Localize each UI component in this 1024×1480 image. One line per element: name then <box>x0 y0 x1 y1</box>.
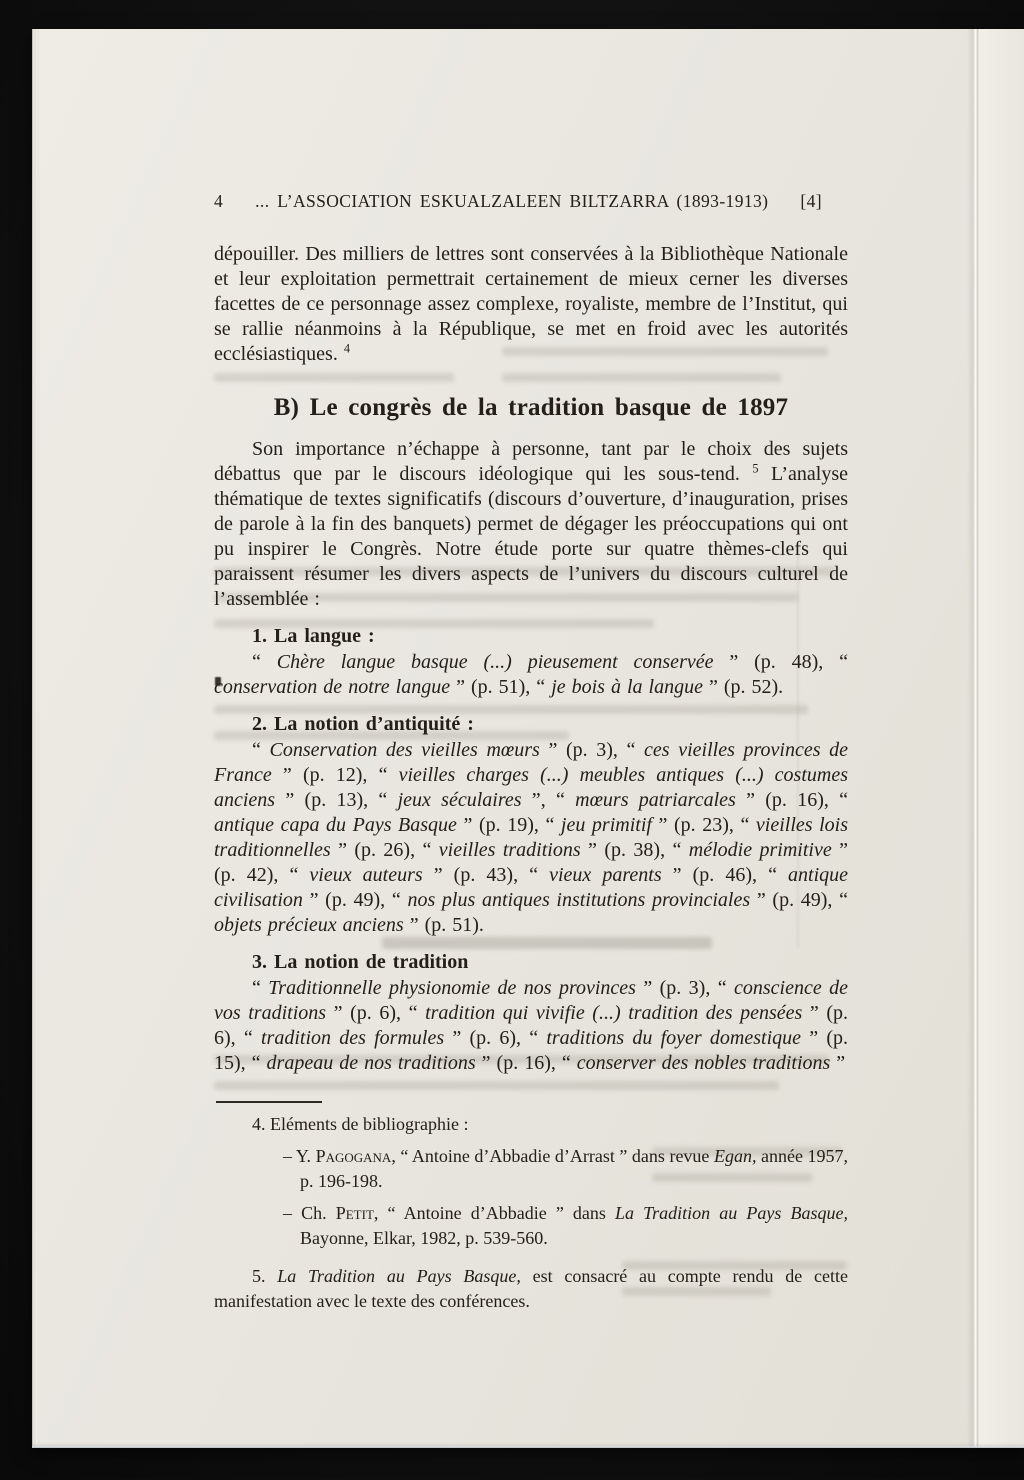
subsection-paragraph-3: “ Traditionnelle physionomie de nos prov… <box>214 976 848 1076</box>
subsection-heading-2: 2. La notion d’antiquité : <box>214 712 848 737</box>
paragraph-continuation: dépouiller. Des milliers de lettres sont… <box>214 242 848 367</box>
folio-number-left: 4 <box>214 190 223 212</box>
footnotes: 4. Eléments de bibliographie : – Y. Pago… <box>214 1101 848 1314</box>
page-crease <box>967 29 979 1448</box>
subsection-heading-3: 3. La notion de tradition <box>214 950 848 975</box>
page-header: 4 ... L’ASSOCIATION ESKUALZALEEN BILTZAR… <box>214 190 848 212</box>
subsection-paragraph-1: “ Chère langue basque (...) pieusement c… <box>214 650 848 700</box>
subsection-paragraph-2: “ Conservation des vieilles mœurs ” (p. … <box>214 738 848 938</box>
running-title: ... L’ASSOCIATION ESKUALZALEEN BILTZARRA… <box>223 190 800 212</box>
page-curl-right <box>976 29 1024 1448</box>
paragraph-intro: Son importance n’échappe à personne, tan… <box>214 437 848 612</box>
footnote-4-label: 4. Eléments de bibliographie : <box>214 1112 848 1137</box>
text-column: 4 ... L’ASSOCIATION ESKUALZALEEN BILTZAR… <box>214 190 848 1076</box>
footnote-4-item-1: – Y. Pagogana, “ Antoine d’Abbadie d’Arr… <box>214 1144 848 1194</box>
section-title: B) Le congrès de la tradition basque de … <box>214 391 848 425</box>
footnote-5: 5. La Tradition au Pays Basque, est cons… <box>214 1264 848 1314</box>
footnote-separator <box>216 1101 322 1103</box>
folio-number-right: [4] <box>800 190 822 212</box>
footnote-4-item-2: – Ch. Petit, “ Antoine d’Abbadie ” dans … <box>214 1201 848 1251</box>
photo-backdrop: { "colors":{ "backdrop":"#151515", "pape… <box>0 0 1024 1480</box>
page-stack-edge-left <box>32 29 39 1448</box>
book-page: 4 ... L’ASSOCIATION ESKUALZALEEN BILTZAR… <box>32 29 1024 1448</box>
page-edge-bottom <box>32 1443 1024 1448</box>
subsection-heading-1: 1. La langue : <box>214 624 848 649</box>
